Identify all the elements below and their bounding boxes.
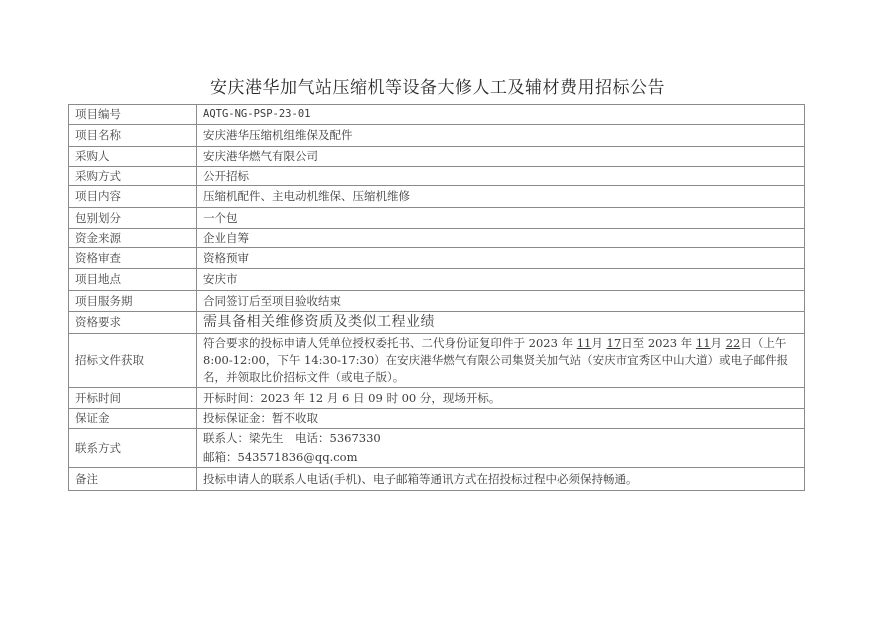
- table-row-deposit: 保证金 投标保证金：暂不收取: [69, 409, 805, 429]
- acquisition-text-1: 符合要求的投标申请人凭单位授权委托书、二代身份证复印件于 2023 年: [203, 336, 577, 350]
- row-label: 联系方式: [69, 429, 197, 468]
- table-row-package-division: 包别划分 一个包: [69, 208, 805, 229]
- row-label: 项目名称: [69, 125, 197, 147]
- procurement-method-value: 公开招标: [197, 167, 805, 186]
- row-label: 项目地点: [69, 269, 197, 291]
- package-division-value: 一个包: [197, 208, 805, 229]
- row-label: 采购方式: [69, 167, 197, 186]
- row-label: 备注: [69, 468, 197, 491]
- row-label: 采购人: [69, 147, 197, 167]
- table-row-project-name: 项目名称 安庆港华压缩机组维保及配件: [69, 125, 805, 147]
- end-day: 22: [726, 336, 741, 350]
- row-label: 招标文件获取: [69, 334, 197, 388]
- row-label: 项目编号: [69, 105, 197, 125]
- qualification-requirements-value: 需具备相关维修资质及类似工程业绩: [197, 312, 805, 334]
- remarks-value: 投标申请人的联系人电话(手机)、电子邮箱等通讯方式在招投标过程中必须保持畅通。: [197, 468, 805, 491]
- row-label: 项目内容: [69, 186, 197, 208]
- row-label: 保证金: [69, 409, 197, 429]
- service-period-value: 合同签订后至项目验收结束: [197, 291, 805, 312]
- document-acquisition-value: 符合要求的投标申请人凭单位授权委托书、二代身份证复印件于 2023 年 11月 …: [197, 334, 805, 388]
- acquisition-text-2: 月: [591, 336, 606, 350]
- row-label: 包别划分: [69, 208, 197, 229]
- table-row-document-acquisition: 招标文件获取 符合要求的投标申请人凭单位授权委托书、二代身份证复印件于 2023…: [69, 334, 805, 388]
- table-row-qualification-review: 资格审查 资格预审: [69, 248, 805, 269]
- table-row-project-content: 项目内容 压缩机配件、主电动机维保、压缩机维修: [69, 186, 805, 208]
- contact-value: 联系人：梁先生 电话：5367330 邮箱：543571836@qq.com: [197, 429, 805, 468]
- project-location-value: 安庆市: [197, 269, 805, 291]
- tender-info-table: 项目编号 AQTG-NG-PSP-23-01 项目名称 安庆港华压缩机组维保及配…: [68, 104, 805, 491]
- document-title: 安庆港华加气站压缩机等设备大修人工及辅材费用招标公告: [0, 76, 875, 100]
- project-number-value: AQTG-NG-PSP-23-01: [197, 105, 805, 125]
- row-label: 项目服务期: [69, 291, 197, 312]
- table-row-procurement-method: 采购方式 公开招标: [69, 167, 805, 186]
- row-label: 资格审查: [69, 248, 197, 269]
- qualification-review-value: 资格预审: [197, 248, 805, 269]
- start-day: 17: [607, 336, 622, 350]
- table-row-purchaser: 采购人 安庆港华燃气有限公司: [69, 147, 805, 167]
- purchaser-value: 安庆港华燃气有限公司: [197, 147, 805, 167]
- table-row-funding-source: 资金来源 企业自筹: [69, 229, 805, 248]
- table-row-project-number: 项目编号 AQTG-NG-PSP-23-01: [69, 105, 805, 125]
- row-label: 资金来源: [69, 229, 197, 248]
- table-row-qualification-requirements: 资格要求 需具备相关维修资质及类似工程业绩: [69, 312, 805, 334]
- table-row-service-period: 项目服务期 合同签订后至项目验收结束: [69, 291, 805, 312]
- bid-opening-time-value: 开标时间：2023 年 12 月 6 日 09 时 00 分，现场开标。: [197, 388, 805, 409]
- contact-person-phone: 联系人：梁先生 电话：5367330: [203, 429, 798, 448]
- acquisition-text-4: 月: [711, 336, 726, 350]
- funding-source-value: 企业自筹: [197, 229, 805, 248]
- table-row-project-location: 项目地点 安庆市: [69, 269, 805, 291]
- deposit-value: 投标保证金：暂不收取: [197, 409, 805, 429]
- project-content-value: 压缩机配件、主电动机维保、压缩机维修: [197, 186, 805, 208]
- end-month: 11: [696, 336, 711, 350]
- row-label: 开标时间: [69, 388, 197, 409]
- acquisition-text-3: 日至 2023 年: [621, 336, 696, 350]
- table-row-bid-opening-time: 开标时间 开标时间：2023 年 12 月 6 日 09 时 00 分，现场开标…: [69, 388, 805, 409]
- table-row-contact: 联系方式 联系人：梁先生 电话：5367330 邮箱：543571836@qq.…: [69, 429, 805, 468]
- start-month: 11: [577, 336, 592, 350]
- table-row-remarks: 备注 投标申请人的联系人电话(手机)、电子邮箱等通讯方式在招投标过程中必须保持畅…: [69, 468, 805, 491]
- contact-email: 邮箱：543571836@qq.com: [203, 448, 798, 467]
- row-label: 资格要求: [69, 312, 197, 334]
- project-name-value: 安庆港华压缩机组维保及配件: [197, 125, 805, 147]
